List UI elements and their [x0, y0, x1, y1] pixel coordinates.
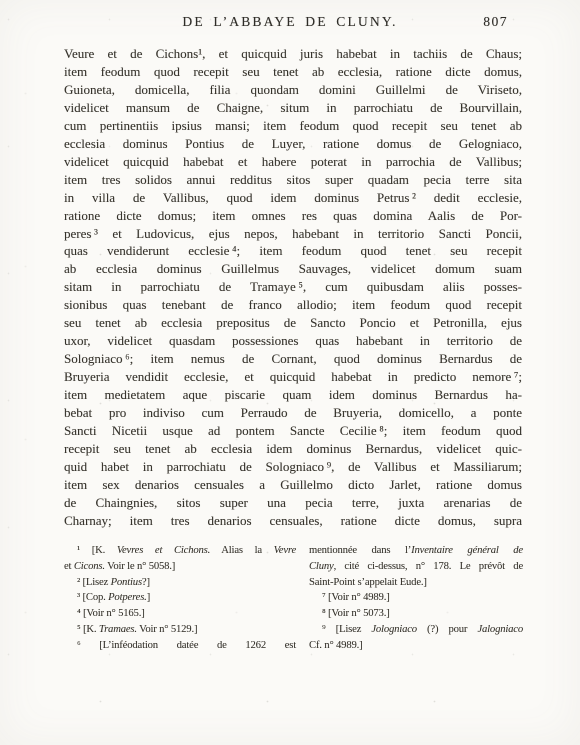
- footnote-text: ⁸ [Voir n° 5073.]: [322, 608, 390, 619]
- footnote-text: Saint-Point s’appelait Eude.]: [309, 577, 427, 588]
- footnote-line: et Cicons. Voir le n° 5058.]: [64, 559, 296, 575]
- text-line: quas vendiderunt ecclesie ⁴; item feodum…: [64, 242, 522, 260]
- text-line: Sancti Nicetii usque ad pontem Sancte Ce…: [64, 422, 522, 440]
- footnote-text: ⁶ [L’inféodation datée de 1262 est: [77, 640, 296, 651]
- text-line: Charnay; item tres denarios censuales, r…: [64, 512, 522, 530]
- text-line: Bruyeria vendidit ecclesie, et quicquid …: [64, 368, 522, 386]
- text-line: peres ³ et Ludovicus, ejus nepos, habeba…: [64, 225, 522, 243]
- footnote-text: ]: [147, 592, 150, 603]
- text-line: item tres solidos annui redditus sitos s…: [64, 171, 522, 189]
- text-line: videlicet quicquid habebat et habere pot…: [64, 153, 522, 171]
- footnote-text: Cf. n° 4989.]: [309, 640, 363, 651]
- footnote-line: mentionnée dans l’Inventaire général de: [309, 543, 523, 559]
- footnote-text: (?) pour: [417, 624, 478, 635]
- text-line: ab ecclesia dominus Guillelmus Sauvages,…: [64, 260, 522, 278]
- footnote-text: ² [Lisez: [77, 577, 111, 588]
- footnote-line: Cf. n° 4989.]: [309, 638, 523, 654]
- footnote-line: ⁵ [K. Tramaes. Voir n° 5129.]: [64, 622, 296, 638]
- footnote-italic-text: Jalogniaco: [477, 624, 523, 635]
- text-line: in villa de Vallibus, quod idem dominus …: [64, 189, 522, 207]
- footnote-italic-text: Inventaire général de: [411, 545, 523, 556]
- footnote-text: Voir n° 5129.]: [137, 624, 197, 635]
- text-line: seu tenet ab ecclesia prepositus de Sanc…: [64, 314, 522, 332]
- text-line: videlicet mansum de Chaigne, situm in pa…: [64, 99, 522, 117]
- footnote-line: ⁹ [Lisez Jologniaco (?) pour Jalogniaco: [309, 622, 523, 638]
- text-line: quid habet in parrochiatu de Sologniaco …: [64, 458, 522, 476]
- footnote-text: ⁷ [Voir n° 4989.]: [322, 592, 390, 603]
- footnote-text: ⁹ [Lisez: [322, 624, 371, 635]
- text-line: ratione dicte domus; item omnes res quas…: [64, 207, 522, 225]
- footnote-italic-text: Jologniaco: [371, 624, 417, 635]
- footnote-line: ⁸ [Voir n° 5073.]: [309, 606, 523, 622]
- footnote-italic-text: Potperes.: [108, 592, 147, 603]
- text-line: sitam in parrochiatu de Tramaye ⁵, cum q…: [64, 278, 522, 296]
- page-number: 807: [483, 14, 508, 30]
- footnotes: ¹ [K. Vevres et Cichons. Alias la Vevree…: [64, 543, 523, 654]
- footnote-line: ⁷ [Voir n° 4989.]: [309, 590, 523, 606]
- footnote-text: et: [64, 561, 74, 572]
- footnotes-right-column: mentionnée dans l’Inventaire général deC…: [309, 543, 523, 654]
- text-line: sionibus quas tenebant de franco allodio…: [64, 296, 522, 314]
- footnote-text: ⁴ [Voir n° 5165.]: [77, 608, 145, 619]
- footnote-italic-text: Tramaes.: [99, 624, 137, 635]
- footnote-text: ³ [Cop.: [77, 592, 108, 603]
- text-line: Sologniaco ⁶; item nemus de Cornant, quo…: [64, 350, 522, 368]
- text-line: de Chaingnies, sitos super una pecia ter…: [64, 494, 522, 512]
- text-line: item feodum quod recepit seu tenet ab ec…: [64, 63, 522, 81]
- text-line: Guioneta, domicella, filia quondam domin…: [64, 81, 522, 99]
- page-header: DE L’ABBAYE DE CLUNY. 807: [0, 14, 580, 32]
- text-line: recepit seu tenet ab ecclesia idem domin…: [64, 440, 522, 458]
- footnote-text: Voir le n° 5058.]: [105, 561, 175, 572]
- footnote-line: Saint-Point s’appelait Eude.]: [309, 575, 523, 591]
- footnote-italic-text: Vevre: [274, 545, 296, 556]
- footnote-text: ?]: [142, 577, 150, 588]
- footnote-line: Cluny, cité ci-dessus, n° 178. Le prévôt…: [309, 559, 523, 575]
- scanned-book-page: { "page": { "header": { "title": "DE L\u…: [0, 0, 580, 745]
- footnote-line: ³ [Cop. Potperes.]: [64, 590, 296, 606]
- footnote-italic-text: Pontius: [111, 577, 142, 588]
- text-line: item medietatem aque piscarie quam idem …: [64, 386, 522, 404]
- text-line: Veure et de Cichons¹, et quicquid juris …: [64, 45, 522, 63]
- text-line: item sex denarios censuales a Guillelmo …: [64, 476, 522, 494]
- footnote-line: ⁴ [Voir n° 5165.]: [64, 606, 296, 622]
- footnote-text: Alias la: [210, 545, 274, 556]
- footnote-text: ⁵ [K.: [77, 624, 99, 635]
- footnote-italic-text: Vevres et Cichons.: [117, 545, 210, 556]
- footnote-italic-text: Cicons.: [74, 561, 105, 572]
- text-line: bebat pro indiviso cum Perraudo de Bruye…: [64, 404, 522, 422]
- footnote-text: mentionnée dans l’: [309, 545, 411, 556]
- footnote-line: ¹ [K. Vevres et Cichons. Alias la Vevre: [64, 543, 296, 559]
- footnote-line: ² [Lisez Pontius?]: [64, 575, 296, 591]
- text-line: cum pertinentiis ipsius mansi; item feod…: [64, 117, 522, 135]
- footnote-line: ⁶ [L’inféodation datée de 1262 est: [64, 638, 296, 654]
- footnotes-left-column: ¹ [K. Vevres et Cichons. Alias la Vevree…: [64, 543, 296, 654]
- footnote-text: ¹ [K.: [77, 545, 117, 556]
- footnote-text: , cité ci-dessus, n° 178. Le prévôt de: [334, 561, 523, 572]
- text-line: uxor, videlicet quasdam possessiones qua…: [64, 332, 522, 350]
- body-text: Veure et de Cichons¹, et quicquid juris …: [64, 45, 522, 530]
- text-line: ecclesia dominus Pontius de Luyer, ratio…: [64, 135, 522, 153]
- footnote-italic-text: Cluny: [309, 561, 334, 572]
